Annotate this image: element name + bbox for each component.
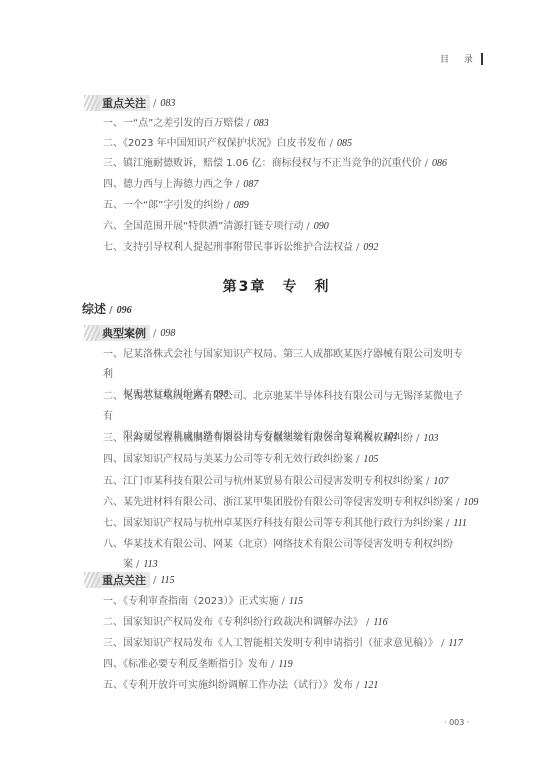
separator: / xyxy=(153,328,156,339)
toc-entry[interactable]: 三、上海某工程机械制造有限公司与安徽某某有限公司专利权权属纠纷/103 xyxy=(103,429,438,449)
running-header: 目 录 xyxy=(440,52,483,65)
toc-entry[interactable]: 一、《专利审查指南（2023）》正式实施/115 xyxy=(103,592,303,612)
chapter-title[interactable]: 第3章 专 利 xyxy=(0,276,553,296)
toc-entry[interactable]: 二、《2023 年中国知识产权保护状况》白皮书发布/085 xyxy=(103,134,352,154)
header-bar xyxy=(481,53,483,65)
page-number: · 003 · xyxy=(444,718,469,727)
section-badge: 重点关注 xyxy=(84,572,150,588)
toc-entry[interactable]: 七、国家知识产权局与杭州卓某医疗科技有限公司等专利其他行政行为纠纷案/111 xyxy=(103,514,467,534)
toc-entry[interactable]: 八、华某技术有限公司、网某（北京）网络技术有限公司等侵害发明专利权纠纷案/113 xyxy=(103,535,463,575)
section-focus-1[interactable]: 重点关注 / 083 xyxy=(84,95,175,111)
toc-entry[interactable]: 四、德力西与上海德力西之争/087 xyxy=(103,175,258,195)
toc-entry[interactable]: 三、镇江施耐德败诉，赔偿 1.06 亿：商标侵权与不正当竞争的沉重代价/086 xyxy=(103,154,447,174)
toc-entry[interactable]: 三、国家知识产权局发布《人工智能相关发明专利申请指引（征求意见稿）》/117 xyxy=(103,634,463,654)
separator: / xyxy=(153,98,156,109)
toc-overview[interactable]: 综述/096 xyxy=(82,300,132,317)
section-badge: 典型案例 xyxy=(84,325,150,341)
page-ref: 115 xyxy=(160,575,174,586)
header-title: 目 录 xyxy=(440,52,479,65)
toc-page: 目 录 重点关注 / 083 一、一“点”之差引发的百万赔偿/083 二、《20… xyxy=(0,0,553,773)
toc-entry[interactable]: 一、一“点”之差引发的百万赔偿/083 xyxy=(103,114,269,134)
toc-entry[interactable]: 六、某先进材料有限公司、浙江某甲集团股份有限公司等侵害发明专利权纠纷案/109 xyxy=(103,493,478,513)
toc-entry[interactable]: 四、《标准必要专利反垄断指引》发布/119 xyxy=(103,655,293,675)
section-typical-cases[interactable]: 典型案例 / 098 xyxy=(84,325,175,341)
toc-entry[interactable]: 五、江门市某科技有限公司与杭州某贸易有限公司侵害发明专利权纠纷案/107 xyxy=(103,472,448,492)
toc-entry[interactable]: 二、国家知识产权局发布《专利纠纷行政裁决和调解办法》/116 xyxy=(103,613,388,633)
toc-entry[interactable]: 四、国家知识产权局与美某力公司等专利无效行政纠纷案/105 xyxy=(103,450,378,470)
toc-entry[interactable]: 五、一个“郎”字引发的纠纷/089 xyxy=(103,196,249,216)
toc-entry[interactable]: 七、支持引导权利人提起刑事附带民事诉讼维护合法权益/092 xyxy=(103,238,378,258)
section-focus-2[interactable]: 重点关注 / 115 xyxy=(84,572,175,588)
page-ref: 083 xyxy=(160,98,175,109)
toc-entry[interactable]: 六、全国范围开展“特供酒”清源打链专项行动/090 xyxy=(103,217,329,237)
page-ref: 098 xyxy=(160,328,175,339)
section-badge: 重点关注 xyxy=(84,95,150,111)
separator: / xyxy=(153,575,156,586)
toc-entry[interactable]: 五、《专利开放许可实施纠纷调解工作办法（试行）》发布/121 xyxy=(103,676,378,696)
